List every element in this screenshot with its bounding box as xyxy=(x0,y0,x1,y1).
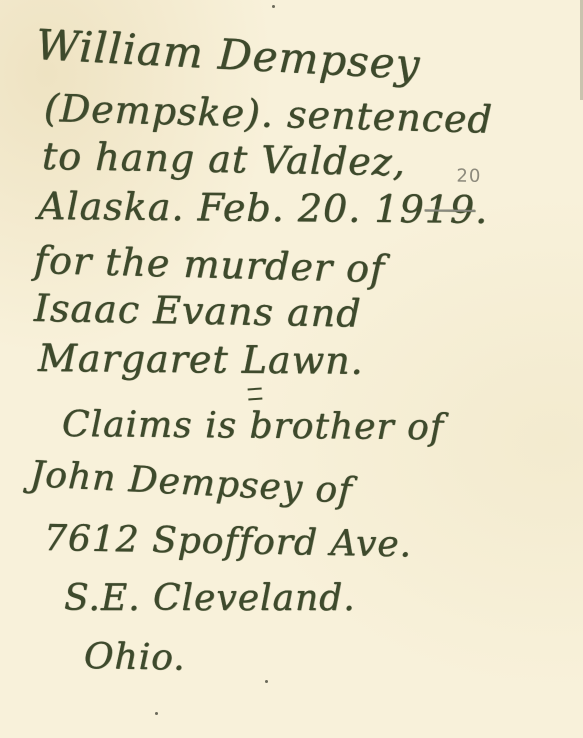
note-line-date: Alaska. Feb. 20. 1919 20 . xyxy=(38,184,489,232)
note-line-location: to hang at Valdez, xyxy=(42,134,407,184)
year-prefix: 19 xyxy=(374,187,425,231)
handwritten-note-page: William Dempsey (Dempske). sentenced to … xyxy=(0,0,583,738)
note-line-victim-1: Isaac Evans and xyxy=(34,286,362,336)
double-underline-mark xyxy=(248,388,263,401)
note-line-street: 7612 Spofford Ave. xyxy=(44,518,413,565)
note-line-city: S.E. Cleveland. xyxy=(64,578,356,619)
note-line-brother: John Dempsey of xyxy=(29,454,354,512)
note-line-name: William Dempsey xyxy=(35,20,422,89)
note-line-victim-2: Margaret Lawn. xyxy=(38,336,364,383)
year-struck-digits: 19 xyxy=(425,187,476,231)
year-correction: 20 xyxy=(456,166,481,187)
ink-speck xyxy=(272,5,275,8)
note-line-state: Ohio. xyxy=(84,636,186,679)
date-text: Alaska. Feb. 20. xyxy=(38,184,362,231)
note-line-crime: for the murder of xyxy=(33,238,385,291)
note-line-claim: Claims is brother of xyxy=(62,404,444,448)
note-line-alias-sentence: (Dempske). sentenced xyxy=(43,86,493,142)
ink-speck xyxy=(155,712,158,715)
year-field: 1919 20 xyxy=(374,187,475,232)
ink-speck xyxy=(265,680,268,683)
